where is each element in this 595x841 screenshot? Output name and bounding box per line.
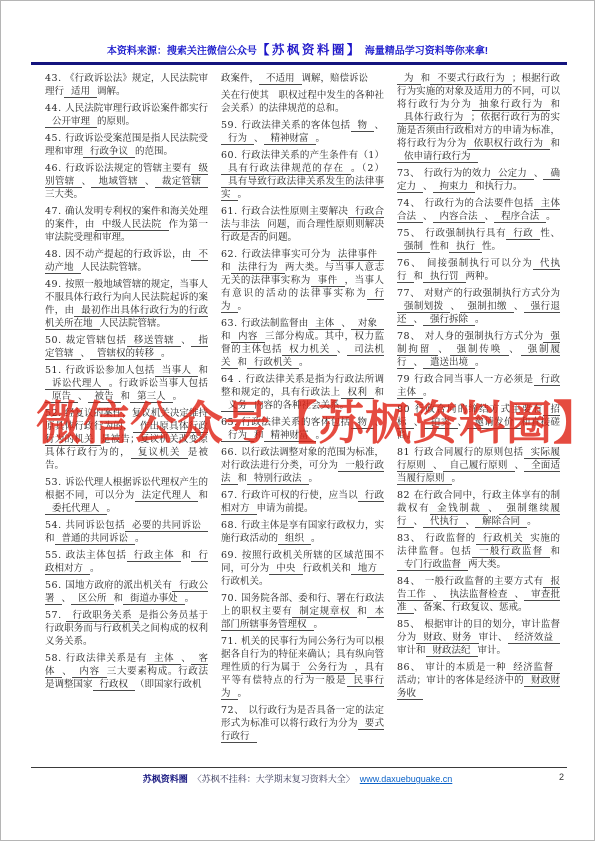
answer-blank: 执行 <box>449 241 482 253</box>
answer-blank: 行政 <box>506 228 540 240</box>
answer-blank: 行政职务关系 <box>66 610 139 622</box>
question-item: 70. 国务院各部、委和行、署在行政法上的职权主要有制定规章权和本部门所辖事务管… <box>221 592 384 631</box>
answer-blank: 不要式行政行为 <box>430 73 512 85</box>
question-text: 。 <box>173 391 183 402</box>
item-number: 69. <box>221 550 242 561</box>
answer-blank: 金钱制裁 <box>430 503 488 515</box>
question-item: 政案件，不适用调解，赔偿诉讼 <box>221 72 384 85</box>
question-text: 和 <box>114 593 124 604</box>
answer-blank: 事件 <box>311 275 345 287</box>
question-text: 。 <box>185 593 195 604</box>
answer-blank: 裁定管辖 <box>155 176 208 188</box>
question-text: 行政法律关系的客体包括 <box>242 417 351 428</box>
question-text: 审计。 <box>478 645 507 656</box>
question-text: 、 <box>488 503 499 514</box>
answer-blank: 行为 <box>221 430 254 442</box>
answer-blank: 法律事件 <box>331 249 384 261</box>
question-text: 。 <box>546 211 556 222</box>
item-number: 79 <box>397 374 414 385</box>
question-text: 、备案、行政复议、惩戒。 <box>414 602 528 613</box>
question-text: 、 <box>414 516 424 527</box>
question-text: 行政监督的 <box>425 533 475 544</box>
question-text: 行政行为的合法要件包括 <box>425 198 534 209</box>
question-item: 65. 行政法律关系的客体包括物、行为和精神财富。 <box>221 416 384 442</box>
item-number: 72、 <box>221 705 248 716</box>
question-text: 、 <box>341 318 351 329</box>
answer-blank: 行政争议 <box>83 146 135 158</box>
question-item: 57. 行政职务关系是指公务员基于行政职务而与行政机关之间构成的权利义务关系。 <box>45 609 208 648</box>
item-number: 65. <box>221 417 242 428</box>
question-text: 行政法律关系的客体包括 <box>242 120 351 131</box>
answer-blank: 法律行为 <box>231 262 285 274</box>
question-text: 行政行为的效力 <box>424 168 491 179</box>
question-item: 85、 根据审计的目的划分，审计监督分为财政、财务审计、经济效益审计和财政法纪审… <box>397 618 560 657</box>
question-item: 46. 行政诉讼法规定的管辖主要有级别管辖、地域管辖、裁定管辖三大类。 <box>45 162 208 201</box>
question-text: 三大类。 <box>45 189 83 200</box>
question-text: 性、 <box>540 228 560 239</box>
footer-subtitle-text: 〈苏枫不挂科：大学期末复习资料大全〉 <box>193 774 355 784</box>
item-number: 84、 <box>397 576 425 587</box>
question-text: 和 <box>121 391 131 402</box>
question-text: 人民法院审理行政诉讼案件都实行 <box>65 103 208 114</box>
item-number: 67. <box>221 490 241 501</box>
column-middle: 政案件，不适用调解，赔偿诉讼关在行使其 职权过程中发生的各种社会关系）的法律规范… <box>221 72 384 766</box>
answer-blank: 管辖权的转移 <box>90 348 161 360</box>
item-number: 53. <box>45 477 65 488</box>
question-item: 71. 机关的民事行为同公务行为可以根据各自行为的特征来确认；具有纵向管理性质的… <box>221 635 384 700</box>
header-prefix-text: 本资料来源：搜索关注微信公众号 <box>107 46 257 57</box>
answer-blank: 当事人 <box>155 365 199 377</box>
question-text: 、 <box>509 344 520 355</box>
document-page: 本资料来源：搜索关注微信公众号【苏枫资料圈】 海量精品学习资料等你来拿! 43.… <box>0 0 595 841</box>
question-item: 80 行政合同的缔结方式主要有招标、拍卖、邀请发价和直接磋商。 <box>397 403 560 442</box>
question-item: 79 行政合同当事人一方必须是行政主体。 <box>397 373 560 399</box>
column-left: 43. 《行政诉讼法》规定，人民法院审理行适用调解。44. 人民法院审理行政诉讼… <box>45 72 208 766</box>
header-banner: 本资料来源：搜索关注微信公众号【苏枫资料圈】 海量精品学习资料等你来拿! <box>1 40 594 58</box>
question-text: 审计、 <box>479 632 508 643</box>
question-item: 82 在行政合同中，行政主体享有的制裁权有金钱制裁、强制继续履行、代执行、解除合… <box>397 489 560 528</box>
question-text: 。 <box>309 473 319 484</box>
question-text: 、 <box>438 344 449 355</box>
answer-blank: 诉讼代理人 <box>45 378 109 390</box>
item-number: 81 <box>397 447 414 458</box>
item-number: 58. <box>45 653 66 664</box>
question-item: 53. 诉讼代理人根据诉讼代理权产生的根据不同，可以分为法定代理人和委托代理人。 <box>45 476 208 515</box>
item-number: 46. <box>45 163 65 174</box>
question-text: 人民法院管辖。 <box>81 262 148 273</box>
answer-blank: 依申请行政行为 <box>397 151 478 163</box>
question-item: 75、 行政强制执行具有行政性、强制性和执行性。 <box>397 227 560 253</box>
item-number: 71. <box>221 636 241 647</box>
question-item: 78、 对人身的强制执行方式分为强制拘留、强制传唤、强制履行、遣送出境。 <box>397 330 560 369</box>
item-number: 63. <box>221 318 241 329</box>
question-text: 和执行力。 <box>475 181 523 192</box>
answer-blank: 适用 <box>64 86 97 98</box>
item-number: 74、 <box>397 198 425 209</box>
question-item: 86、 审计的本质是一种经济监督活动；审计的客体是经济中的财政财务收 <box>397 661 560 700</box>
answer-blank: 委托代理人 <box>45 503 107 515</box>
question-text: 和 <box>181 550 191 561</box>
question-text: 行政诉讼参加人包括 <box>66 365 155 376</box>
question-text: 调解，赔偿诉讼 <box>302 73 369 84</box>
question-text: 、 <box>414 417 424 428</box>
item-number: 61. <box>221 206 241 217</box>
question-text: 、 <box>515 589 525 600</box>
question-text: 和 <box>198 365 208 376</box>
question-text: 行政机关。 <box>221 576 269 587</box>
answer-blank: 拍卖 <box>424 417 458 429</box>
question-text: 对财产的行政强制执行方式分为 <box>424 288 560 299</box>
item-number: 60. <box>221 150 241 161</box>
question-text: 。行政诉讼当事人包括 <box>109 378 208 389</box>
item-number: 51. <box>45 365 66 376</box>
question-text: 、 <box>433 460 443 471</box>
question-text: 、 <box>374 417 384 428</box>
footer-url-link[interactable]: www.daxuebuguake.cn <box>360 774 453 784</box>
question-text: 行政法律事实可分为 <box>242 249 331 260</box>
answer-blank: 经济效益 <box>508 632 560 644</box>
answer-blank: 执行罚 <box>423 271 466 283</box>
question-item: 84、 一般行政监督的主要方式有报告工作、执法监督检查、审查批准、备案、行政复议… <box>397 575 560 614</box>
answer-blank: 地方 <box>351 563 384 575</box>
question-text: 调解。 <box>97 86 126 97</box>
question-text: 的原则。 <box>97 116 135 127</box>
question-text: 行政合同的缔结方式主要有 <box>415 404 544 415</box>
header-brand-text: 【苏枫资料圈】 <box>257 42 362 57</box>
answer-blank: 义务 <box>221 400 254 412</box>
item-number: 45. <box>45 133 65 144</box>
question-text: 。 <box>527 516 537 527</box>
item-number: 52. <box>45 408 65 419</box>
item-number: 59. <box>221 120 242 131</box>
question-text: 间接强制执行可以分为 <box>427 258 533 269</box>
question-text: 、 <box>374 120 384 131</box>
question-item: 52. 经复议的案件，复议机关决定维持原具体行政行为的，作出原具体行政行为的机关… <box>45 407 208 472</box>
question-text: 对人身的强制执行方式分为 <box>425 331 544 342</box>
question-item: 59. 行政法律关系的客体包括物、行为、精神财富。 <box>221 119 384 145</box>
answer-blank: 物 <box>351 417 375 429</box>
question-text: 。 <box>238 301 248 312</box>
question-text: 、 <box>423 181 433 192</box>
question-text: 关在行使其 职权过程中发生的各种社会关系）的法律规范的总和。 <box>221 90 384 114</box>
question-text: 。 <box>238 189 248 200</box>
question-text: 、 <box>466 516 476 527</box>
header-suffix-text: 海量精品学习资料等你来拿! <box>365 46 488 57</box>
answer-blank: 行政机关 <box>476 533 530 545</box>
footer-brand-text: 苏枫资料圈 <box>143 774 188 784</box>
question-item: 44. 人民法院审理行政诉讼案件都实行公开审理的原则。 <box>45 102 208 128</box>
column-right: 为和不要式行政行为；根据行政行为实施的对象及适用力的不同，可以将行政行为分为抽象… <box>397 72 560 766</box>
answer-blank: 依职权行政行为 <box>467 138 551 150</box>
answer-blank: 精神财富 <box>264 430 316 442</box>
question-text: 和 <box>421 73 431 84</box>
question-columns: 43. 《行政诉讼法》规定，人民法院审理行适用调解。44. 人民法院审理行政诉讼… <box>45 72 560 766</box>
answer-blank: 对象 <box>351 318 384 330</box>
answer-blank: 组织 <box>278 533 311 545</box>
item-number: 43. <box>45 73 65 84</box>
question-text: 、 <box>514 301 524 312</box>
question-text: 、 <box>181 335 191 346</box>
answer-blank: 代执行 <box>423 516 466 528</box>
question-text: 两种。 <box>466 271 495 282</box>
answer-blank: 强制传唤 <box>450 344 510 356</box>
question-item: 49. 按照一般地域管辖的规定，当事人不服具体行政行为向人民法院起诉的案件，由最… <box>45 278 208 330</box>
question-item: 74、 行政行为的合法要件包括主体合法、内容合法、程序合法。 <box>397 197 560 223</box>
answer-blank: 具体行政行为 <box>397 112 471 124</box>
answer-blank: 公开审理 <box>45 116 97 128</box>
question-text: 、 <box>414 314 424 325</box>
question-text: 活动；审计的客体是经济中的 <box>397 675 524 686</box>
answer-blank: 权利 <box>341 387 375 399</box>
question-item: 76、 间接强制执行可以分为代执行和执行罚两种。 <box>397 257 560 283</box>
question-text: 和 <box>221 331 231 342</box>
answer-blank: 主体 <box>147 653 181 665</box>
question-item: 为和不要式行政行为；根据行政行为实施的对象及适用力的不同，可以将行政行为分为抽象… <box>397 72 560 163</box>
question-item: 关在行使其 职权过程中发生的各种社会关系）的法律规范的总和。 <box>221 89 384 115</box>
question-item: 48. 因不动产提起的行政诉讼，由不动产地人民法院管辖。 <box>45 248 208 274</box>
answer-blank: 财政法纪 <box>426 645 478 657</box>
footer: 苏枫资料圈 〈苏枫不挂科：大学期末复习资料大全〉 www.daxuebuguak… <box>1 772 594 785</box>
answer-blank: 地域管辖 <box>91 176 144 188</box>
question-text: 和 <box>221 262 231 273</box>
question-item: 73、 行政行为的效力公定力、确定力、拘束力和执行力。 <box>397 167 560 193</box>
answer-blank: 行政主体 <box>127 550 182 562</box>
question-item: 83、 行政监督的行政机关实施的法律监督。包括一般行政监督和专门行政监督两大类。 <box>397 532 560 571</box>
question-text: 。 <box>238 688 248 699</box>
question-text: 因不动产提起的行政诉讼，由 <box>65 249 191 260</box>
item-number: 82 <box>397 490 414 501</box>
answer-blank: 不适用 <box>259 73 302 85</box>
answer-blank: 区公所 <box>71 593 114 605</box>
answer-blank: 执法监督检查 <box>443 589 515 601</box>
question-text: 性和 <box>430 241 449 252</box>
item-number: 73、 <box>397 168 424 179</box>
question-text: 和 <box>357 606 367 617</box>
answer-blank: 公定力 <box>491 168 534 180</box>
answer-blank: 内容 <box>72 666 106 678</box>
question-item: 68. 行政主体是享有国家行政权力，实施行政活动的组织。 <box>221 519 384 545</box>
answer-blank: 程序合法 <box>494 211 546 223</box>
answer-blank: 行为 <box>221 133 254 145</box>
question-text: 申请为前提。 <box>257 503 314 514</box>
question-item: 64 . 行政法律关系是指为行政法所调整和规定的，具有行政法上权利和义务内容的各… <box>221 373 384 412</box>
question-text: 政法主体包括 <box>66 550 127 561</box>
question-text: 、 <box>433 589 443 600</box>
answer-blank: 权力机关 <box>282 344 337 356</box>
item-number: 49. <box>45 279 65 290</box>
question-text: 行政合同履行的原则包括 <box>414 447 524 458</box>
question-text: 、 <box>78 391 88 402</box>
question-text: 政案件， <box>221 73 259 84</box>
item-number: 44. <box>45 103 65 114</box>
question-text: 共同诉讼包括 <box>66 520 125 531</box>
answer-blank: 强制扣缴 <box>460 301 513 313</box>
question-text: 、 <box>458 417 468 428</box>
question-text: 。 <box>423 387 433 398</box>
answer-blank: 邀请发价 <box>467 417 520 429</box>
question-text: 行政机关和 <box>303 563 351 574</box>
question-text: 、 <box>515 460 525 471</box>
question-text: （即国家行政机 <box>135 679 202 690</box>
question-text: 、 <box>62 593 72 604</box>
question-item: 47. 确认发明专利权的案件和海关处理的案件，由中级人民法院作为第一审法院受理和… <box>45 205 208 244</box>
answer-blank: 自己履行原则 <box>443 460 515 472</box>
answer-blank: 强制 <box>397 241 430 253</box>
item-number: 86、 <box>397 662 425 673</box>
item-number: 80 <box>397 404 415 415</box>
item-number: 77、 <box>397 288 424 299</box>
question-item: 56. 国地方政府的派出机关有行政公署、区公所和街道办事处。 <box>45 579 208 605</box>
item-number: 47. <box>45 206 65 217</box>
question-item: 51. 行政诉讼参加人包括当事人和诉讼代理人。行政诉讼当事人包括原告、被告和第三… <box>45 364 208 403</box>
question-text: 。 <box>316 133 326 144</box>
question-text: 裁定管辖包括 <box>66 335 127 346</box>
footer-divider <box>31 767 567 768</box>
question-text: 和 <box>550 138 560 149</box>
item-number: 64 . <box>221 374 246 385</box>
question-text: 行政法律关系是有 <box>66 653 147 664</box>
item-number: 54. <box>45 520 66 531</box>
question-text: 和 <box>550 99 560 110</box>
question-item: 72、 以行政行为是否具备一定的法定形式为标准可以将行政行为分为要式行政行 <box>221 704 384 743</box>
item-number: 57. <box>45 610 66 621</box>
question-text: 行政合同当事人一方必须是 <box>414 374 533 385</box>
item-number: 78、 <box>397 331 425 342</box>
question-item: 66. 以行政法调整对象的范围为标准，对行政法进行分类，可分为一般行政法和特别行… <box>221 446 384 485</box>
answer-blank: 内容合法 <box>433 211 485 223</box>
answer-blank: 主体 <box>308 318 341 330</box>
answer-blank: 第三人 <box>130 391 173 403</box>
question-text: 。 <box>475 314 485 325</box>
item-number: 68. <box>221 520 241 531</box>
question-item: 77、 对财产的行政强制执行方式分为强制划拨、强制扣缴、强行退还、强行拆除。 <box>397 287 560 326</box>
question-text: 行政强制执行具有 <box>425 228 506 239</box>
question-text: 人民法院管辖。 <box>100 318 167 329</box>
question-item: 63. 行政法制监督由主体、对象和内容三部分构成。其中，权力监督的主体包括权力机… <box>221 317 384 369</box>
page-number: 2 <box>559 772 564 782</box>
question-text: 和 <box>45 533 55 544</box>
answer-blank: 被告 <box>88 391 121 403</box>
question-item: 81 行政合同履行的原则包括实际履行原则、自己履行原则、全面适当履行原则。 <box>397 446 560 485</box>
question-item: 60. 行政法律关系的产生条件有（1）具有行政法律规范的存在。（2）具有导致行政… <box>221 149 384 201</box>
answer-blank: 为 <box>397 73 421 85</box>
question-text: 内容的各种社会关系。 <box>254 400 349 411</box>
question-text: 、 <box>181 653 191 664</box>
question-text: 。 <box>452 473 462 484</box>
answer-blank: 财政、财务 <box>416 632 478 644</box>
question-text: 性。 <box>482 241 501 252</box>
answer-blank: 具有行政法律规范的存在 <box>221 163 351 175</box>
question-text: 。 <box>316 430 326 441</box>
header-divider <box>31 62 567 65</box>
question-text: 。 <box>135 533 145 544</box>
question-text: 。 <box>314 619 324 630</box>
question-text: 的范围。 <box>135 146 173 157</box>
answer-blank: 街道办事处 <box>123 593 185 605</box>
answer-blank: 中级人民法院 <box>95 219 169 231</box>
question-item: 67. 行政许可权的行使，应当以行政相对方申请为前提。 <box>221 489 384 515</box>
answer-blank: 强制划拨 <box>397 301 450 313</box>
question-text: 行政许可权的行使，应当以 <box>241 490 357 501</box>
answer-blank: 必要的共同诉讼 <box>125 520 208 532</box>
item-number: 70. <box>221 593 241 604</box>
question-text: 、 <box>81 348 91 359</box>
item-number: 83、 <box>397 533 425 544</box>
question-text: 。 <box>161 348 171 359</box>
question-text: 。 <box>90 563 100 574</box>
answer-blank: 拘束力 <box>433 181 476 193</box>
answer-blank: 中央 <box>269 563 302 575</box>
answer-blank: 经济监督 <box>506 662 560 674</box>
answer-blank: 内容 <box>231 331 265 343</box>
question-item: 62. 行政法律事实可分为法律事件和法律行为两大类。与当事人意志无关的法律事实称… <box>221 248 384 313</box>
answer-blank: 行政权 <box>93 679 136 691</box>
question-text: 、 <box>423 211 433 222</box>
question-text: 。（2） <box>351 163 384 174</box>
item-number: 56. <box>45 580 65 591</box>
question-text: 行政法律关系的产生条件有（1） <box>241 150 384 161</box>
answer-blank: 公务行为 <box>301 662 355 674</box>
item-number: 66. <box>221 447 241 458</box>
item-number: 76、 <box>397 258 427 269</box>
question-text: 行政合法性原则主要解决 <box>241 206 348 217</box>
item-number: 75、 <box>397 228 425 239</box>
question-text: 。 <box>107 503 117 514</box>
item-number: 85、 <box>397 619 424 630</box>
answer-blank: 解除合同 <box>475 516 527 528</box>
question-text: 一般行政监督的主要方式有 <box>425 576 544 587</box>
question-text: 、 <box>145 176 155 187</box>
item-number: 55. <box>45 550 66 561</box>
question-text: 。 <box>475 357 485 368</box>
question-text: 和 <box>414 271 424 282</box>
question-text: 和 <box>254 430 264 441</box>
answer-blank: 普通的共同诉讼 <box>55 533 136 545</box>
question-text: 审计的本质是一种 <box>425 662 506 673</box>
answer-blank: 法定代理人 <box>135 490 199 502</box>
answer-blank: 行政机关 <box>247 357 299 369</box>
question-text: 和 <box>238 473 248 484</box>
question-text: 。 <box>311 533 321 544</box>
answer-blank: 抽象行政行为 <box>472 99 550 111</box>
question-item: 54. 共同诉讼包括必要的共同诉讼和普通的共同诉讼。 <box>45 519 208 545</box>
answer-blank: 强行拆除 <box>423 314 475 326</box>
question-text: 和 <box>374 387 384 398</box>
question-text: 和 <box>238 357 248 368</box>
answer-blank: 一般行政监督 <box>472 546 550 558</box>
answer-blank: 遣送出境 <box>423 357 475 369</box>
question-text: 、 <box>485 211 495 222</box>
answer-blank: 移送管辖 <box>127 335 182 347</box>
item-number: 62. <box>221 249 242 260</box>
answer-blank: 制定规章权 <box>292 606 357 618</box>
question-text: 、 <box>62 666 72 677</box>
answer-blank: 精神财富 <box>264 133 316 145</box>
question-text: 和 <box>550 546 560 557</box>
question-text: 审计和 <box>397 645 426 656</box>
question-item: 61. 行政合法性原则主要解决行政合法与非法问题，而合理性原则则解决行政是否的问… <box>221 205 384 244</box>
question-text: 、 <box>254 133 264 144</box>
answer-blank: 复议机关 <box>131 447 188 459</box>
question-item: 58. 行政法律关系是有主体、客体、内容三大要素构成。行政法是调整国家行政权（即… <box>45 652 208 691</box>
question-text: 两大类。 <box>468 559 506 570</box>
question-item: 45. 行政诉讼受案范围是指人民法院受理和审理行政争议的范围。 <box>45 132 208 158</box>
question-item: 55. 政法主体包括行政主体和行政相对方。 <box>45 549 208 575</box>
question-text: 行政法制监督由 <box>241 318 308 329</box>
question-text: 、 <box>450 301 460 312</box>
question-text: 、 <box>414 357 424 368</box>
question-text: 。 <box>299 357 309 368</box>
